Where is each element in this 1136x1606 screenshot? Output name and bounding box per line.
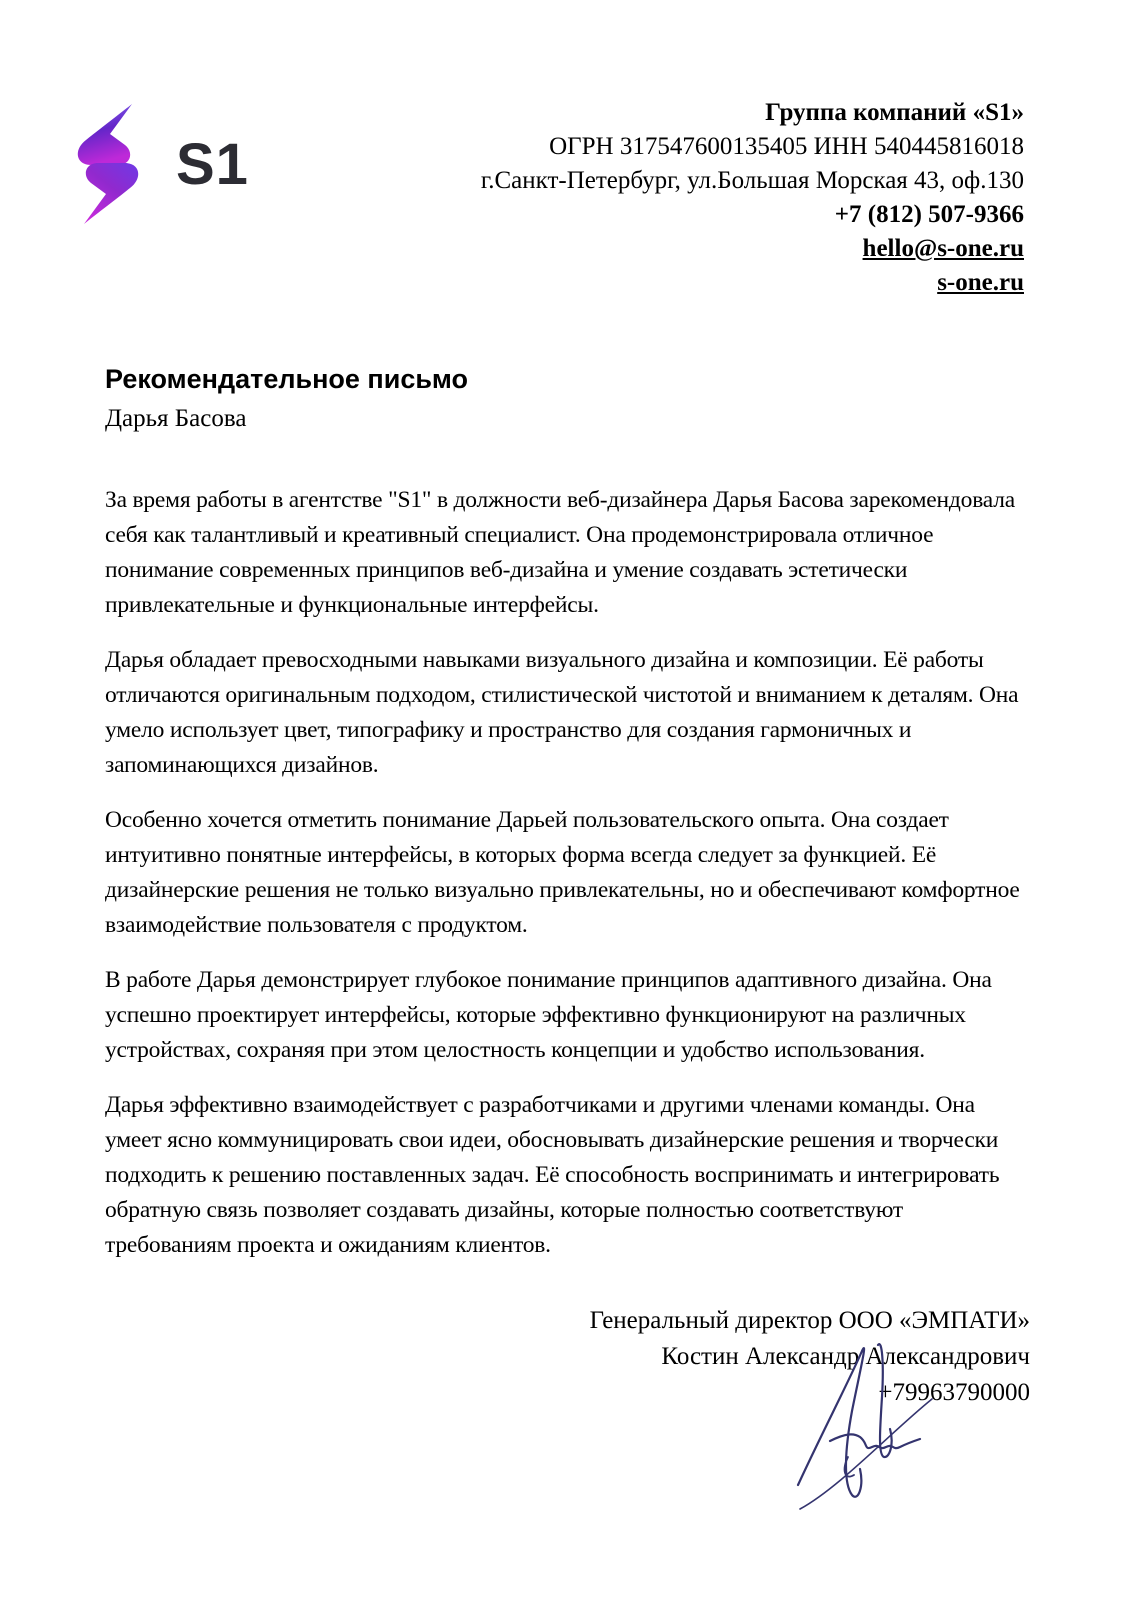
company-name: Группа компаний «S1» xyxy=(481,96,1024,130)
letter-body: Рекомендательное письмо Дарья Басова За … xyxy=(0,364,1136,1411)
paragraph: В работе Дарья демонстрирует глубокое по… xyxy=(105,963,1030,1068)
signer-phone: +79963790000 xyxy=(105,1375,1030,1411)
company-phone: +7 (812) 507-9366 xyxy=(481,198,1024,232)
s1-lightning-logo-icon xyxy=(60,102,156,226)
paragraph: Дарья обладает превосходными навыками ви… xyxy=(105,643,1030,783)
company-contact-block: Группа компаний «S1» ОГРН 31754760013540… xyxy=(481,96,1024,300)
letterhead: S1 Группа компаний «S1» ОГРН 31754760013… xyxy=(0,0,1136,300)
signature-block: Генеральный директор ООО «ЭМПАТИ» Костин… xyxy=(105,1303,1030,1411)
company-website-link[interactable]: s-one.ru xyxy=(481,266,1024,300)
paragraph: Дарья эффективно взаимодействует с разра… xyxy=(105,1088,1030,1263)
subject-name: Дарья Басова xyxy=(105,405,1030,433)
brand-wordmark: S1 xyxy=(176,131,249,198)
company-registration: ОГРН 317547600135405 ИНН 540445816018 xyxy=(481,130,1024,164)
paragraph: За время работы в агентстве "S1" в должн… xyxy=(105,483,1030,623)
letter-paragraphs: За время работы в агентстве "S1" в должн… xyxy=(105,483,1030,1263)
company-email-link[interactable]: hello@s-one.ru xyxy=(481,232,1024,266)
paragraph: Особенно хочется отметить понимание Дарь… xyxy=(105,803,1030,943)
signer-position: Генеральный директор ООО «ЭМПАТИ» xyxy=(105,1303,1030,1339)
signer-name: Костин Александр Александрович xyxy=(105,1339,1030,1375)
letter-title: Рекомендательное письмо xyxy=(105,364,1030,395)
company-logo: S1 xyxy=(60,102,249,226)
company-address: г.Санкт-Петербург, ул.Большая Морская 43… xyxy=(481,164,1024,198)
